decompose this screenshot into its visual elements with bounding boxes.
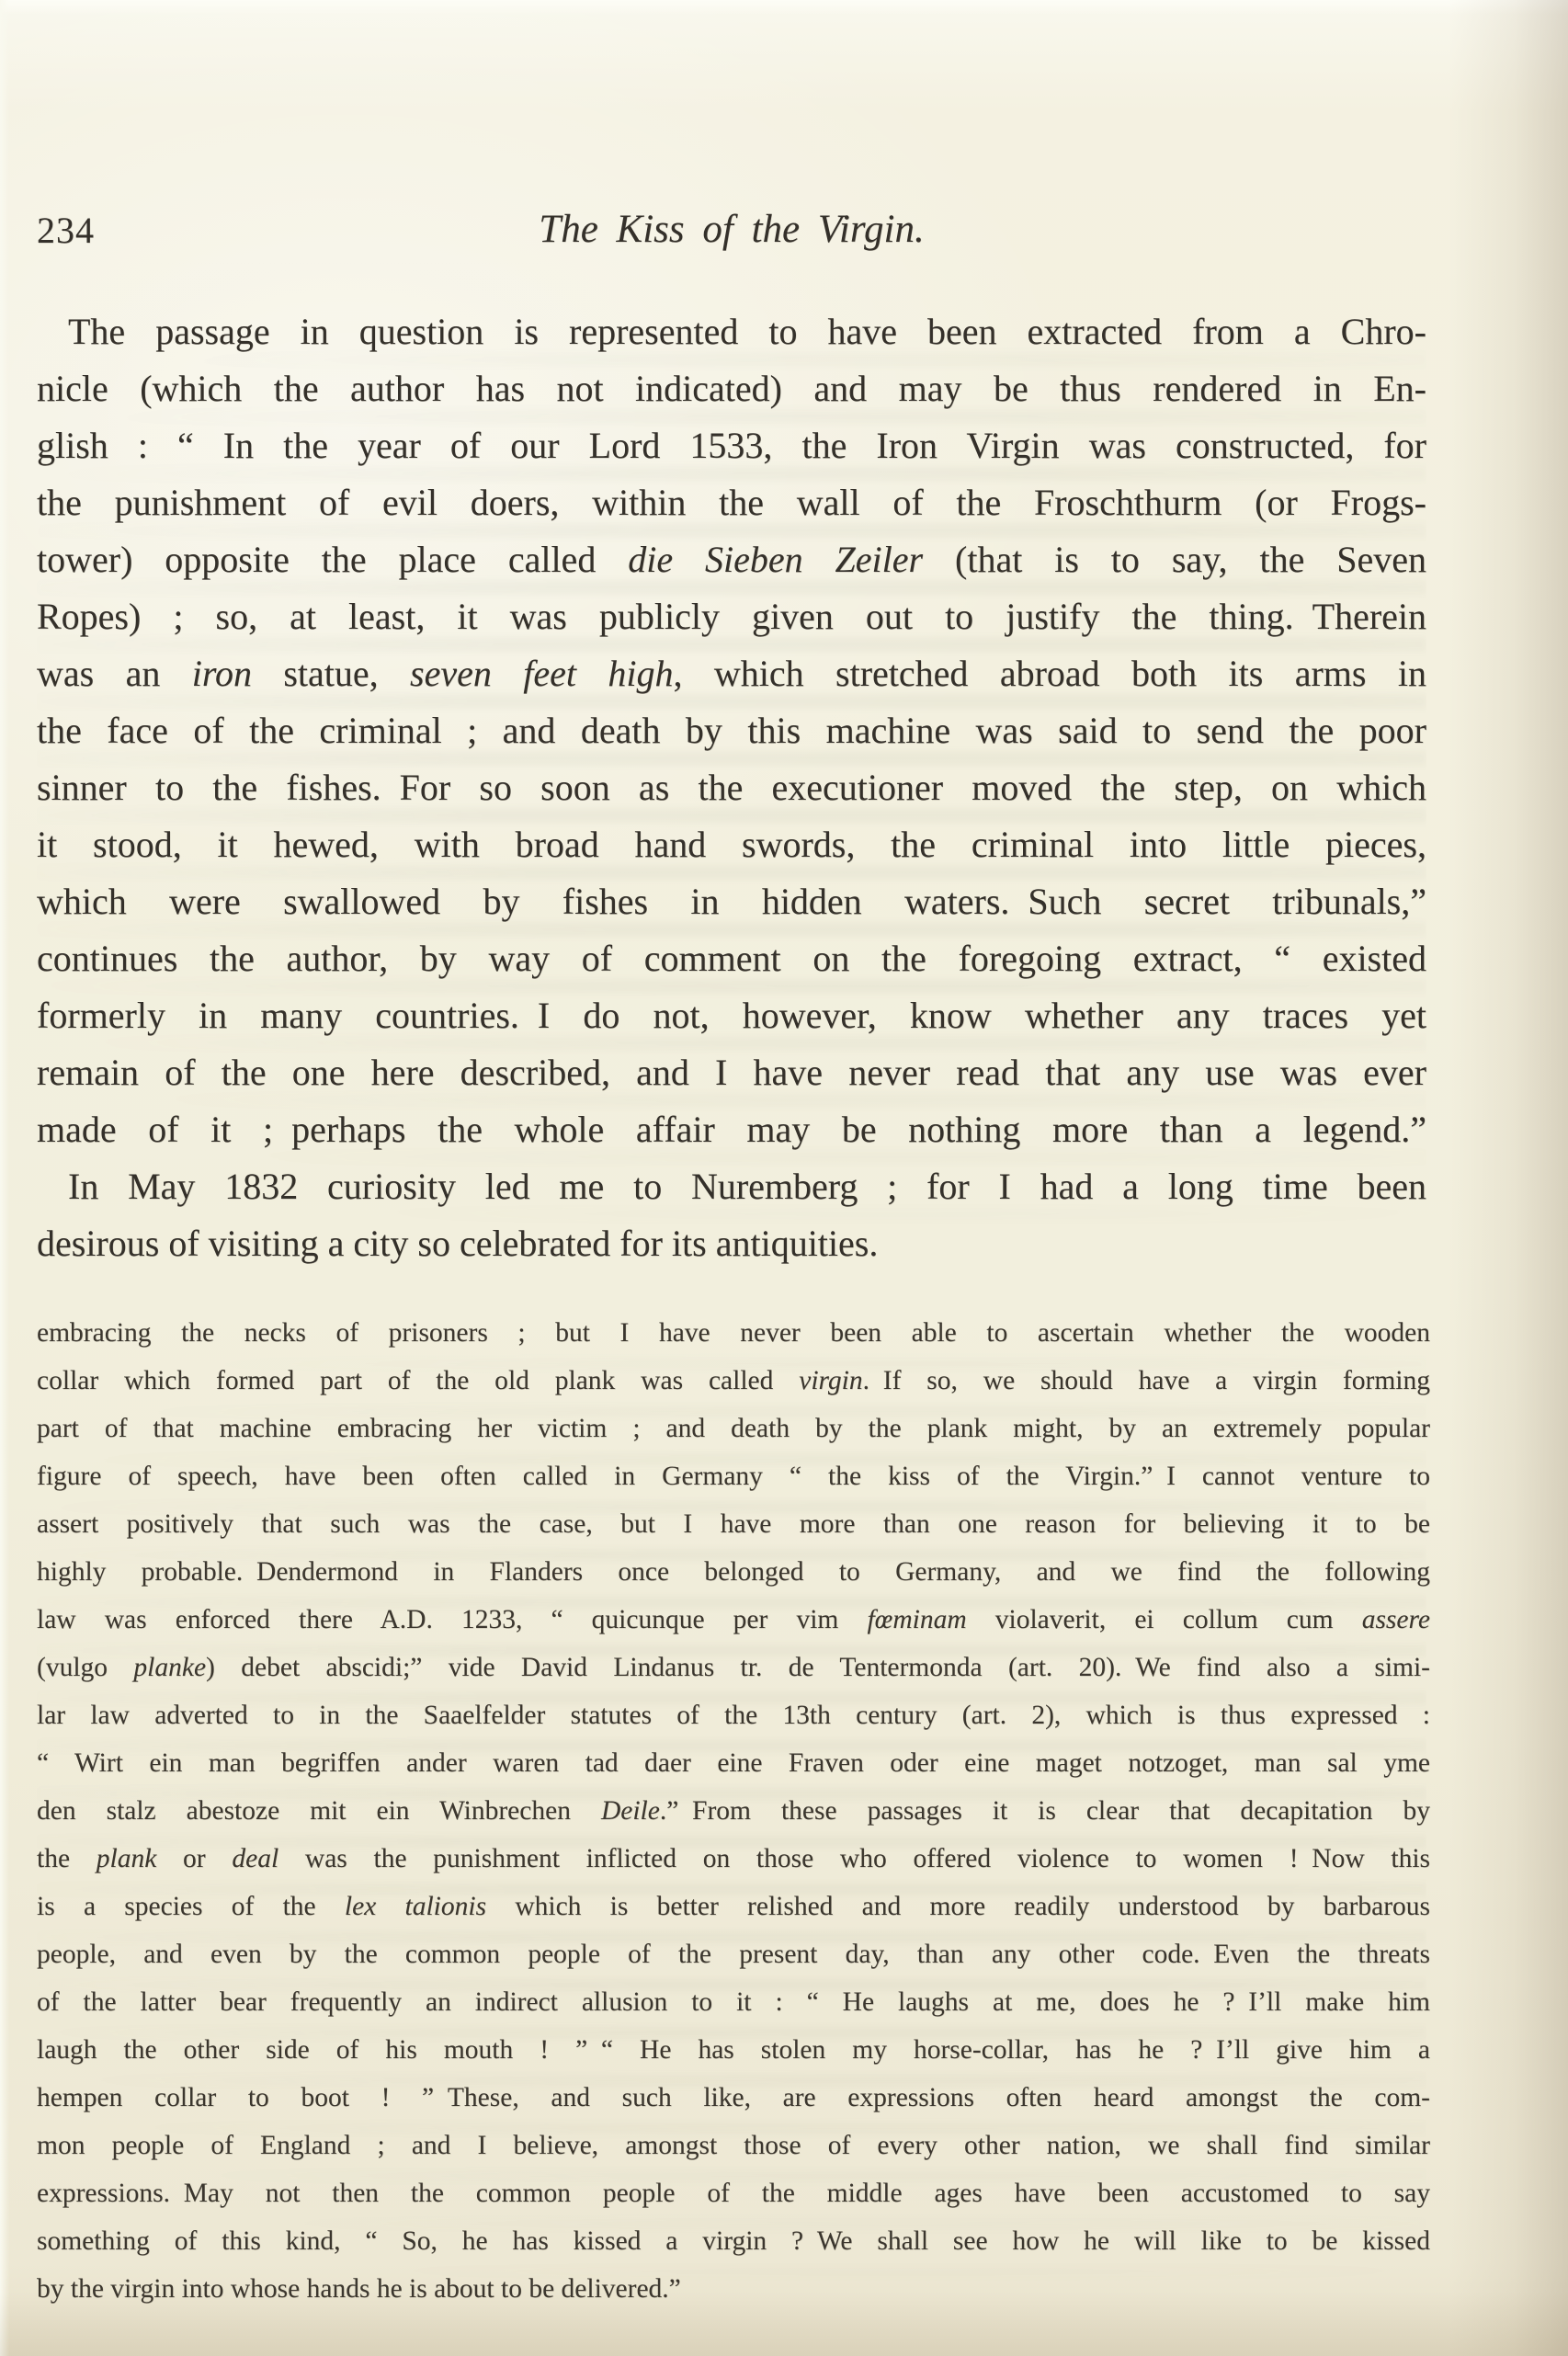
italic-text: planke — [133, 1653, 206, 1682]
text-line: the face of the criminal ; and death by … — [37, 702, 1426, 759]
text-segment: , which stretched abroad both its arms i… — [674, 653, 1426, 694]
text-segment: “ Wirt ein man begriffen ander waren tad… — [37, 1748, 1430, 1778]
text-segment: den stalz abestoze mit ein Winbrechen — [37, 1796, 601, 1826]
italic-text: lex talionis — [345, 1892, 486, 1921]
text-segment: lar law adverted to in the Saaelfelder s… — [37, 1701, 1430, 1730]
text-line: nicle (which the author has not indicate… — [37, 360, 1426, 417]
footnote-text: embracing the necks of prisoners ; but I… — [37, 1309, 1430, 2313]
text-line: Ropes) ; so, at least, it was publicly g… — [37, 588, 1426, 645]
text-segment: formerly in many countries. I do not, ho… — [37, 995, 1426, 1036]
running-title: The Kiss of the Virgin. — [37, 207, 1426, 252]
text-segment: sinner to the fishes. For so soon as the… — [37, 767, 1426, 808]
text-segment: part of that machine embracing her victi… — [37, 1414, 1430, 1443]
italic-text: die Sieben Zeiler — [628, 539, 923, 580]
italic-text: assere — [1362, 1605, 1430, 1634]
italic-text: iron — [192, 653, 252, 694]
page-header: 234 The Kiss of the Virgin. — [37, 207, 1426, 273]
text-line: which were swallowed by fishes in hidden… — [37, 873, 1426, 930]
text-segment: which were swallowed by fishes in hidden… — [37, 881, 1426, 922]
text-segment: the punishment of evil doers, within the… — [37, 482, 1426, 523]
text-segment: made of it ; perhaps the whole affair ma… — [37, 1109, 1426, 1150]
text-segment: collar which formed part of the old plan… — [37, 1366, 799, 1395]
text-segment: Ropes) ; so, at least, it was publicly g… — [37, 596, 1426, 637]
scan-edge-top — [0, 0, 1568, 15]
text-segment: ) debet abscidi;” vide David Lindanus tr… — [206, 1653, 1430, 1682]
text-line: was an iron statue, seven feet high, whi… — [37, 645, 1426, 702]
text-line: highly probable. Dendermond in Flanders … — [37, 1548, 1430, 1596]
italic-text: deal — [232, 1844, 278, 1873]
text-segment: In May 1832 curiosity led me to Nurember… — [68, 1166, 1426, 1207]
text-line: law was enforced there A.D. 1233, “ quic… — [37, 1596, 1430, 1644]
text-segment: embracing the necks of prisoners ; but I… — [37, 1318, 1430, 1348]
text-segment: nicle (which the author has not indicate… — [37, 368, 1426, 409]
text-segment: laugh the other side of his mouth ! ” “ … — [37, 2035, 1430, 2065]
text-line: of the latter bear frequently an indirec… — [37, 1978, 1430, 2026]
italic-text: virgin — [799, 1366, 862, 1395]
text-segment: the — [37, 1844, 97, 1873]
text-segment: the face of the criminal ; and death by … — [37, 710, 1426, 751]
text-line: expressions. May not then the common peo… — [37, 2169, 1430, 2217]
text-segment: statue, — [252, 653, 410, 694]
text-segment: law was enforced there A.D. 1233, “ quic… — [37, 1605, 867, 1634]
page-shade-bottom — [0, 2292, 1568, 2356]
text-line: something of this kind, “ So, he has kis… — [37, 2217, 1430, 2265]
text-segment: highly probable. Dendermond in Flanders … — [37, 1557, 1430, 1587]
text-segment: (that is to say, the Seven — [923, 539, 1426, 580]
text-line: hempen collar to boot ! ” These, and suc… — [37, 2074, 1430, 2122]
italic-text: seven feet high — [410, 653, 673, 694]
text-line: “ Wirt ein man begriffen ander waren tad… — [37, 1739, 1430, 1787]
italic-text: fœminam — [867, 1605, 966, 1634]
text-segment: remain of the one here described, and I … — [37, 1052, 1426, 1093]
main-text: The passage in question is represented t… — [37, 303, 1426, 1272]
text-segment: desirous of visiting a city so celebrate… — [37, 1223, 878, 1264]
text-segment: assert positively that such was the case… — [37, 1509, 1430, 1539]
text-line: sinner to the fishes. For so soon as the… — [37, 759, 1426, 816]
page-number: 234 — [37, 209, 95, 252]
text-segment: is a species of the — [37, 1892, 345, 1921]
italic-text: plank — [97, 1844, 157, 1873]
text-line: the plank or deal was the punishment inf… — [37, 1835, 1430, 1883]
scan-edge-left — [0, 0, 9, 2356]
text-line: part of that machine embracing her victi… — [37, 1405, 1430, 1452]
text-segment: expressions. May not then the common peo… — [37, 2179, 1430, 2208]
text-line: den stalz abestoze mit ein Winbrechen De… — [37, 1787, 1430, 1835]
text-line: desirous of visiting a city so celebrate… — [37, 1215, 1426, 1272]
text-segment: . If so, we should have a virgin forming — [863, 1366, 1430, 1395]
text-segment: which is better relished and more readil… — [486, 1892, 1430, 1921]
text-segment: mon people of England ; and I believe, a… — [37, 2131, 1430, 2160]
text-segment: continues the author, by way of comment … — [37, 938, 1426, 979]
text-segment: of the latter bear frequently an indirec… — [37, 1987, 1430, 2017]
text-segment: tower) opposite the place called — [37, 539, 628, 580]
italic-text: Deile — [601, 1796, 660, 1826]
text-line: The passage in question is represented t… — [37, 303, 1426, 360]
text-line: remain of the one here described, and I … — [37, 1044, 1426, 1101]
text-line: glish : “ In the year of our Lord 1533, … — [37, 417, 1426, 474]
text-segment: violaverit, ei collum cum — [967, 1605, 1362, 1634]
page-crease-right — [1449, 0, 1568, 2356]
text-segment: or — [156, 1844, 232, 1873]
text-line: embracing the necks of prisoners ; but I… — [37, 1309, 1430, 1357]
text-line: formerly in many countries. I do not, ho… — [37, 987, 1426, 1044]
text-line: is a species of the lex talionis which i… — [37, 1883, 1430, 1930]
text-segment: it stood, it hewed, with broad hand swor… — [37, 824, 1426, 865]
text-segment: people, and even by the common people of… — [37, 1940, 1430, 1969]
text-segment: hempen collar to boot ! ” These, and suc… — [37, 2083, 1430, 2112]
text-line: lar law adverted to in the Saaelfelder s… — [37, 1691, 1430, 1739]
text-line: mon people of England ; and I believe, a… — [37, 2122, 1430, 2169]
text-line: made of it ; perhaps the whole affair ma… — [37, 1101, 1426, 1158]
text-segment: .” From these passages it is clear that … — [660, 1796, 1430, 1826]
text-segment: was the punishment inflicted on those wh… — [278, 1844, 1430, 1873]
text-line: the punishment of evil doers, within the… — [37, 474, 1426, 531]
text-segment: (vulgo — [37, 1653, 133, 1682]
text-line: (vulgo planke) debet abscidi;” vide Davi… — [37, 1644, 1430, 1691]
text-line: figure of speech, have been often called… — [37, 1452, 1430, 1500]
text-line: continues the author, by way of comment … — [37, 930, 1426, 987]
text-line: tower) opposite the place called die Sie… — [37, 531, 1426, 588]
book-page: 234 The Kiss of the Virgin. The passage … — [0, 0, 1568, 2356]
text-line: collar which formed part of the old plan… — [37, 1357, 1430, 1405]
text-line: laugh the other side of his mouth ! ” “ … — [37, 2026, 1430, 2074]
text-line: In May 1832 curiosity led me to Nurember… — [37, 1158, 1426, 1215]
text-line: assert positively that such was the case… — [37, 1500, 1430, 1548]
text-segment: something of this kind, “ So, he has kis… — [37, 2226, 1430, 2256]
text-line: it stood, it hewed, with broad hand swor… — [37, 816, 1426, 873]
text-segment: figure of speech, have been often called… — [37, 1462, 1430, 1491]
text-segment: glish : “ In the year of our Lord 1533, … — [37, 425, 1426, 466]
text-line: people, and even by the common people of… — [37, 1930, 1430, 1978]
text-segment: The passage in question is represented t… — [68, 311, 1426, 352]
text-segment: was an — [37, 653, 192, 694]
